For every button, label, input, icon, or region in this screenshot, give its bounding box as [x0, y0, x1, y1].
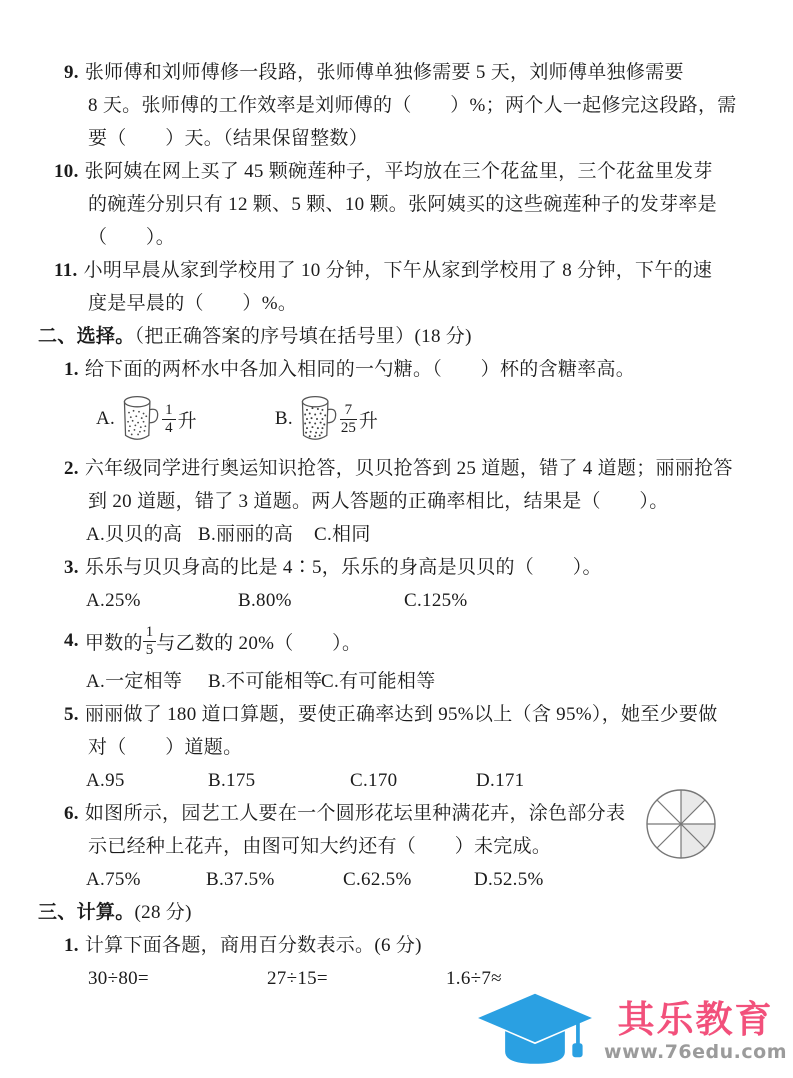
section-title: 三、计算。: [38, 902, 135, 923]
question-line: 5.丽丽做了 180 道口算题，要使正确率达到 95%以上（含 95%），她至少…: [0, 698, 793, 731]
section-three-header: 三、计算。(28 分): [0, 896, 793, 929]
question-line: 3.乐乐与贝贝身高的比是 4∶5，乐乐的身高是贝贝的（ ）。: [0, 551, 793, 584]
fraction-denominator: 4: [162, 420, 176, 436]
option-item: B.80%: [238, 584, 404, 617]
expression: 30÷80=: [88, 962, 267, 995]
question-number: 1.: [64, 359, 85, 380]
option-item: C.相同: [314, 518, 371, 551]
graduation-cap-icon: [474, 990, 596, 1074]
question-line: 2.六年级同学进行奥运知识抢答，贝贝抢答到 25 道题，错了 4 道题；丽丽抢答: [0, 452, 793, 485]
options-row: A.75%B.37.5%C.62.5%D.52.5%: [0, 863, 793, 896]
brand-logo: 其乐教育 www.76edu.com: [474, 990, 787, 1074]
question-line: 1.给下面的两杯水中各加入相同的一勺糖。（ ）杯的含糖率高。: [0, 353, 793, 386]
question-number: 2.: [64, 458, 85, 479]
expression: 27÷15=: [267, 962, 446, 995]
option-item: A.一定相等: [86, 665, 208, 698]
option-label: B.: [275, 408, 293, 430]
options-row: A.一定相等B.不可能相等C.有可能相等: [0, 665, 793, 698]
question-line: 8 天。张师傅的工作效率是刘师傅的（ ）%；两个人一起修完这段路，需: [0, 89, 793, 122]
option-item: D.52.5%: [474, 863, 544, 896]
section-two-header: 二、选择。（把正确答案的序号填在括号里）(18 分): [0, 320, 793, 353]
question-text: 与乙数的 20%（ ）。: [156, 628, 361, 655]
question-text: 如图所示，园艺工人要在一个圆形花坛里种满花卉，涂色部分表: [85, 803, 625, 824]
question-text: 张师傅和刘师傅修一段路，张师傅单独修需要 5 天，刘师傅单独修需要: [85, 62, 684, 83]
option-item: A. 14 升: [96, 393, 197, 445]
option-item: C.62.5%: [343, 863, 474, 896]
question-line: 1.计算下面各题，商用百分数表示。(6 分): [0, 929, 793, 962]
question-text: 乐乐与贝贝身高的比是 4∶5，乐乐的身高是贝贝的（ ）。: [85, 557, 602, 578]
question-text: 丽丽做了 180 道口算题，要使正确率达到 95%以上（含 95%），她至少要做: [85, 704, 718, 725]
question-number: 9.: [64, 62, 85, 83]
question-line: 的碗莲分别只有 12 颗、5 颗、10 颗。张阿姨买的这些碗莲种子的发芽率是: [0, 188, 793, 221]
question-line: 11.小明早晨从家到学校用了 10 分钟，下午从家到学校用了 8 分钟，下午的速: [0, 254, 793, 287]
option-item: A.95: [86, 764, 208, 797]
question-points-note: (6 分): [374, 935, 421, 956]
brand-text-block: 其乐教育 www.76edu.com: [604, 1000, 787, 1063]
option-label: A.: [96, 408, 115, 430]
question-text: 小明早晨从家到学校用了 10 分钟，下午从家到学校用了 8 分钟，下午的速: [84, 260, 713, 281]
option-item: C.170: [350, 764, 476, 797]
options-row: A.25%B.80%C.125%: [0, 584, 793, 617]
question-line: （ ）。: [0, 221, 793, 254]
option-item: C.有可能相等: [321, 665, 436, 698]
brand-url: www.76edu.com: [604, 1041, 787, 1064]
brand-name: 其乐教育: [618, 1000, 774, 1041]
question-line: 10.张阿姨在网上买了 45 颗碗莲种子，平均放在三个花盆里，三个花盆里发芽: [0, 155, 793, 188]
question-text: 甲数的: [85, 628, 143, 655]
fraction-numerator: 1: [143, 624, 157, 641]
question-number: 3.: [64, 557, 85, 578]
options-row: A.贝贝的高B.丽丽的高C.相同: [0, 518, 793, 551]
option-unit: 升: [178, 406, 197, 433]
fraction: 14: [162, 402, 176, 435]
question-line: 到 20 道题，错了 3 道题。两人答题的正确率相比，结果是（ ）。: [0, 485, 793, 518]
worksheet-page: { "colors": { "page_background": "#fffff…: [0, 0, 793, 1078]
question-number: 6.: [64, 803, 85, 824]
question-text: 给下面的两杯水中各加入相同的一勺糖。（ ）杯的含糖率高。: [85, 359, 635, 380]
option-item: B.175: [208, 764, 350, 797]
option-item: A.贝贝的高: [86, 518, 198, 551]
option-item: B. 725 升: [275, 393, 378, 445]
option-item: B.不可能相等: [208, 665, 321, 698]
question-number: 11.: [54, 260, 84, 281]
fraction-denominator: 25: [340, 420, 357, 436]
fraction: 15: [143, 624, 157, 657]
section-title: 二、选择。: [38, 326, 135, 347]
question-text: 六年级同学进行奥运知识抢答，贝贝抢答到 25 道题，错了 4 道题；丽丽抢答: [85, 458, 733, 479]
option-item: B.37.5%: [206, 863, 343, 896]
section-note: (28 分): [135, 902, 192, 923]
fraction-numerator: 1: [162, 402, 176, 419]
question-line: 度是早晨的（ ）%。: [0, 287, 793, 320]
question-text: 张阿姨在网上买了 45 颗碗莲种子，平均放在三个花盆里，三个花盆里发芽: [85, 161, 713, 182]
mug-icon: [119, 393, 159, 445]
question-number: 4.: [64, 630, 85, 652]
option-unit: 升: [359, 406, 378, 433]
fraction-numerator: 7: [340, 402, 357, 419]
option-item: C.125%: [404, 584, 468, 617]
fraction-denominator: 5: [143, 642, 157, 658]
pie-circle-icon: [644, 787, 718, 861]
cup-options-row: A. 14 升 B.: [0, 386, 793, 452]
option-item: D.171: [476, 764, 524, 797]
question-number: 5.: [64, 704, 85, 725]
question-line: 对（ ）道题。: [0, 731, 793, 764]
section-note: （把正确答案的序号填在括号里）(18 分): [135, 326, 472, 347]
fraction: 725: [340, 402, 357, 435]
option-item: A.25%: [86, 584, 238, 617]
question-number: 1.: [64, 935, 85, 956]
option-item: A.75%: [86, 863, 206, 896]
mug-icon: [297, 393, 337, 445]
question-line: 9.张师傅和刘师傅修一段路，张师傅单独修需要 5 天，刘师傅单独修需要: [0, 56, 793, 89]
option-item: B.丽丽的高: [198, 518, 314, 551]
question-text: 计算下面各题，商用百分数表示。: [85, 935, 375, 956]
question-number: 10.: [54, 161, 85, 182]
question-line: 4.甲数的15与乙数的 20%（ ）。: [0, 617, 793, 665]
question-line: 要（ ）天。（结果保留整数）: [0, 122, 793, 155]
